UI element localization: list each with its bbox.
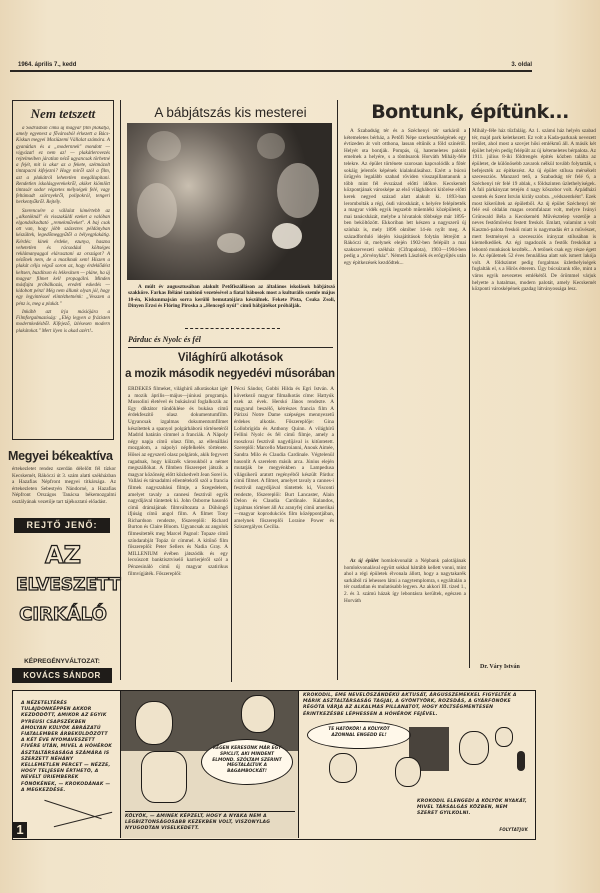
article-body-col1: A Szabadság tér és a Széchenyi tér sarká…	[344, 128, 466, 553]
paragraph: ÉRDEKES filmeket, világhírű alkotásokat …	[128, 386, 228, 577]
panel-number: 1	[13, 822, 27, 838]
photo-caption: A múlt év augusztusában alakult Petőfisz…	[128, 284, 335, 310]
character	[329, 753, 357, 783]
continued-label: FOLYTATJUK	[499, 827, 528, 833]
article-title-line2: a mozik második negyedévi műsorában	[124, 368, 336, 380]
paragraph: a Sodrásban című új magyar film plakátja…	[16, 126, 110, 207]
comic-panel-1: A NÉZETELTÉRÉS TULAJDONKÉPPEN AKKOR KEZD…	[13, 691, 121, 838]
character-silhouette	[517, 751, 525, 771]
article-title-bontunk: Bontunk, építünk...	[345, 101, 595, 123]
issue-date: 1964. április 7., kedd	[18, 62, 76, 68]
photo-figure	[147, 131, 181, 161]
panel-line	[54, 812, 112, 827]
article-title-bekeaktiva: Megyei békeaktíva	[8, 449, 122, 463]
article-body-col2: Mihály-féle ház tűzfaláig. Az 1. számú h…	[472, 128, 596, 658]
photo-puppet	[272, 223, 302, 249]
title-line: AZ	[16, 540, 110, 570]
article-body-col2: Pécsi Sándor, Gobbi Hilda és Egri István…	[234, 386, 334, 682]
panel-narration: A NÉZETELTÉRÉS TULAJDONKÉPPEN AKKOR KEZD…	[21, 701, 113, 794]
character-krokodil	[241, 695, 275, 733]
comic-author-banner: REJTŐ JENŐ:	[14, 518, 110, 533]
article-body-col1b: Az új épület homlokvonalát a Népbank pal…	[344, 558, 466, 668]
column-divider	[120, 100, 121, 680]
comic-artist-banner: KOVÁCS SÁNDOR	[12, 668, 112, 683]
column-divider	[337, 100, 338, 680]
newspaper-page: 1964. április 7., kedd 3. oldal Nem tets…	[0, 0, 600, 893]
character-kolyok	[135, 701, 173, 745]
page-number: 3. oldal	[511, 62, 532, 68]
comic-panel-2: RÉGEN KERESÜNK MÁR EGY SPICLIT, AKI MIND…	[121, 691, 299, 838]
panel-caption: KÖLYÖK, — AMINEK KÉPZELT, HOGY A NYAKA N…	[125, 811, 295, 833]
separator	[185, 328, 280, 329]
panel-narration: KROKODIL, EME NEVELŐSZÁNDÉKÚ AKTUSÁT, ÁR…	[303, 693, 529, 718]
comic-subtitle: KÉPREGÉNYVÁLTOZAT:	[12, 658, 112, 665]
kicker-rule	[128, 347, 333, 348]
character-body	[141, 751, 187, 803]
paragraph: Inkább azt írja másiójára a Filmforgalma…	[16, 310, 110, 335]
column-divider	[469, 128, 470, 668]
paragraph: értekezletet rendez szerdán délelőtt fél…	[12, 466, 116, 506]
character-krokodil	[459, 731, 489, 765]
comic-title-lettering: AZ ELVESZETT CIRKÁLÓ	[16, 540, 110, 635]
article-title-line1: Világhírű alkotások	[128, 352, 333, 364]
photo-puppet-children	[127, 123, 332, 280]
article-kicker: Párduc és Nyolc és fél	[128, 335, 333, 344]
character-kolyok	[495, 727, 513, 747]
photo-figure	[137, 183, 177, 238]
photo-figure	[277, 163, 319, 218]
paragraph: Pécsi Sándor, Gobbi Hilda és Egri István…	[234, 386, 334, 531]
speech-bubble: TE HATÖKÖR! A KÖLYKÖT AZONNAL ENGEDD EL!	[307, 721, 411, 749]
photo-figure	[257, 133, 285, 159]
article-body: a Sodrásban című új magyar film plakátja…	[16, 126, 110, 436]
paragraph: homlokvonalát a Népbank palotájának homl…	[344, 558, 466, 604]
article-body-col1: ÉRDEKES filmeket, világhírű alkotásokat …	[128, 386, 228, 682]
paragraph: Szerencsére a vállalat kimértebb az „alk…	[16, 209, 110, 308]
header-rule	[10, 70, 532, 72]
author-signature: Dr. Váry István	[480, 664, 520, 670]
title-line: ELVESZETT	[16, 570, 110, 600]
character	[395, 757, 421, 787]
article-title: Nem tetszett	[16, 106, 110, 122]
article-title-babjatszas: A bábjátszás kis mesterei	[128, 105, 333, 120]
comic-panel-3: KROKODIL, EME NEVELŐSZÁNDÉKÚ AKTUSÁT, ÁR…	[299, 691, 534, 838]
paragraph: A Szabadság tér és a Széchenyi tér sarká…	[344, 128, 466, 266]
article-body-bekeaktiva: értekezletet rendez szerdán délelőtt fél…	[12, 466, 116, 510]
title-line: CIRKÁLÓ	[16, 600, 110, 630]
photo-puppet	[217, 233, 245, 253]
lead-in: Az új épület	[350, 558, 379, 564]
paragraph: Mihály-féle ház tűzfaláig. Az 1. számú h…	[472, 128, 596, 293]
column-divider	[231, 386, 232, 682]
comic-strip: A NÉZETELTÉRÉS TULAJDONKÉPPEN AKKOR KEZD…	[12, 690, 536, 840]
speech-bubble: RÉGEN KERESÜNK MÁR EGY SPICLIT, AKI MIND…	[201, 739, 293, 785]
panel-caption: KROKODIL ELENGEDI A KÖLYÖK NYAKÁT, MIVEL…	[417, 799, 529, 818]
article-nem-tetszett: Nem tetszett a Sodrásban című új magyar …	[12, 100, 114, 440]
